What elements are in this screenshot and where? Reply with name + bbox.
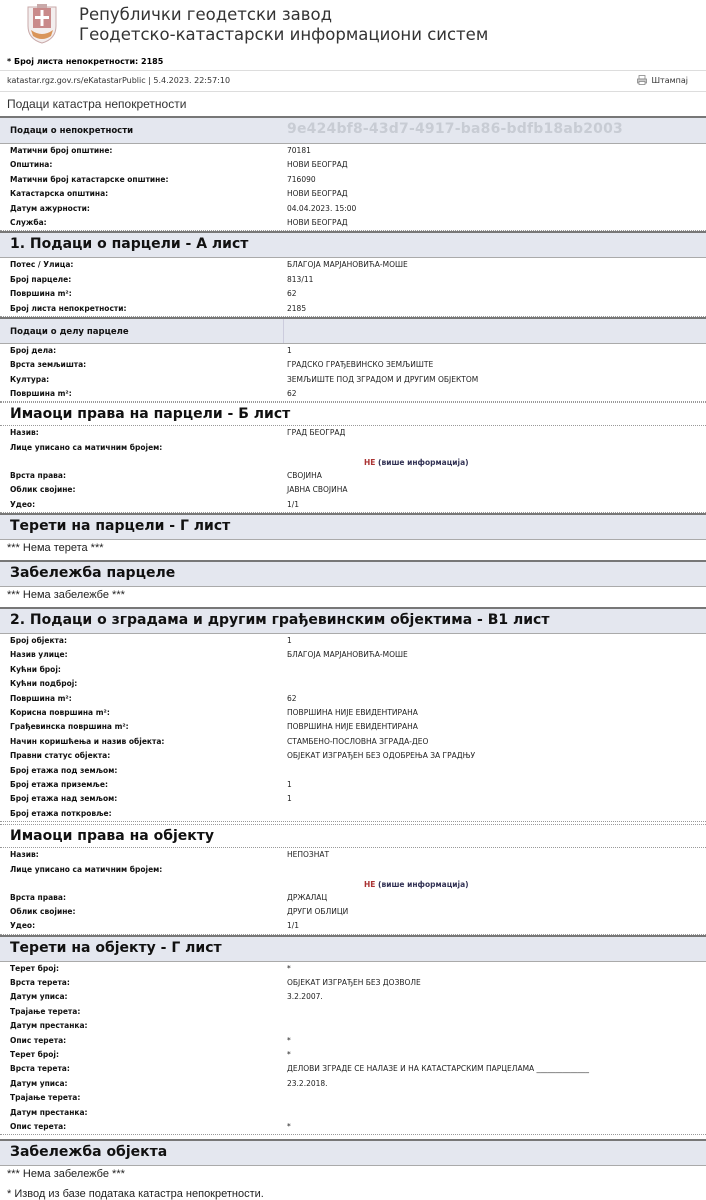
table-row: Терет број:* xyxy=(0,962,706,976)
field-value: 1 xyxy=(287,346,292,355)
table-row: Број етажа приземље:1 xyxy=(0,778,706,792)
section-title: Забележба парцеле xyxy=(10,565,175,581)
field-label: Удео: xyxy=(10,500,35,509)
section-title: 2. Подаци о зградама и другим грађевинск… xyxy=(10,612,549,628)
section-title: Подаци о делу парцеле xyxy=(10,327,129,337)
table-row: Облик својине:ЈАВНА СВОЈИНА xyxy=(0,483,706,497)
print-label: Штампај xyxy=(651,76,688,85)
field-label: Трајање терета: xyxy=(10,1093,80,1102)
field-value: * xyxy=(287,964,291,973)
section-parcel-burdens: Терети на парцели - Г лист xyxy=(0,513,706,540)
field-value: 1 xyxy=(287,636,292,645)
section-parcel: 1. Подаци о парцели - А лист xyxy=(0,231,706,258)
field-label: Врста права: xyxy=(10,471,66,480)
parcel-part-rows: Број дела:1Врста земљишта:ГРАДСКО ГРАЂЕВ… xyxy=(0,344,706,403)
field-label: Број етажа под земљом: xyxy=(10,766,117,775)
section-title: Забележба објекта xyxy=(10,1144,167,1160)
table-row: Матични број општине:70181 xyxy=(0,144,706,158)
field-label: Матични број катастарске општине: xyxy=(10,175,168,184)
empty-message: *** Нема забележбе *** xyxy=(0,587,706,603)
table-row: Општина:НОВИ БЕОГРАД xyxy=(0,158,706,172)
table-row: Опис терета:* xyxy=(0,1120,706,1135)
field-label: Број објекта: xyxy=(10,636,67,645)
field-value: 62 xyxy=(287,389,297,398)
section-title: 1. Подаци о парцели - А лист xyxy=(10,236,248,252)
field-value: 2185 xyxy=(287,304,306,313)
table-row: Кућни број: xyxy=(0,663,706,677)
field-value: 813/11 xyxy=(287,275,313,284)
table-row: Датум уписа:3.2.2007. xyxy=(0,990,706,1004)
table-row: Датум ажурности:04.04.2023. 15:00 xyxy=(0,202,706,216)
field-value: 62 xyxy=(287,289,297,298)
field-label: Матични број општине: xyxy=(10,146,112,155)
table-row: Број листа непокретности:2185 xyxy=(0,302,706,317)
table-row: Служба:НОВИ БЕОГРАД xyxy=(0,216,706,231)
field-label: Број парцеле: xyxy=(10,275,71,284)
field-value: 70181 xyxy=(287,146,311,155)
table-row: Лице уписано са матичним бројем: НЕ (виш… xyxy=(0,863,706,891)
field-label: Број етажа над земљом: xyxy=(10,794,117,803)
table-row: Култура:ЗЕМЉИШТЕ ПОД ЗГРАДОМ И ДРУГИМ ОБ… xyxy=(0,373,706,387)
building-rows: Број објекта:1Назив улице:БЛАГОЈА МАРЈАН… xyxy=(0,634,706,822)
field-value: ОБЈЕКАТ ИЗГРАЂЕН БЕЗ ДОЗВОЛЕ xyxy=(287,978,421,987)
table-row: Врста права:СВОЈИНА xyxy=(0,469,706,483)
field-label: Број етажа приземље: xyxy=(10,780,108,789)
section-title: Терети на парцели - Г лист xyxy=(10,518,230,534)
empty-message: *** Нема забележбе *** xyxy=(0,1166,706,1182)
building-owner-rows: Врста права:ДРЖАЛАЦОблик својине:ДРУГИ О… xyxy=(0,891,706,935)
section-title: Имаоци права на парцели - Б лист xyxy=(10,406,290,422)
field-label: Датум престанка: xyxy=(10,1021,88,1030)
parcel-owner-rows: Врста права:СВОЈИНАОблик својине:ЈАВНА С… xyxy=(0,469,706,513)
table-row: Лице уписано са матичним бројем: НЕ (виш… xyxy=(0,441,706,469)
table-row: Број објекта:1 xyxy=(0,634,706,648)
field-value: 716090 xyxy=(287,175,316,184)
field-label: Датум ажурности: xyxy=(10,204,90,213)
field-label: Терет број: xyxy=(10,1050,59,1059)
table-row: Удео:1/1 xyxy=(0,498,706,513)
sheet-number: * Број листа непокретности: 2185 xyxy=(7,57,163,66)
field-label: Врста земљишта: xyxy=(10,360,86,369)
field-value: ЈАВНА СВОЈИНА xyxy=(287,485,348,494)
field-label: Облик својине: xyxy=(10,485,76,494)
divider xyxy=(0,70,706,71)
field-label: Опис терета: xyxy=(10,1036,66,1045)
table-row: Кућни подброј: xyxy=(0,677,706,691)
field-value: * xyxy=(287,1036,291,1045)
table-row: Број дела:1 xyxy=(0,344,706,358)
table-row: Назив улице:БЛАГОЈА МАРЈАНОВИЋА-МОШЕ xyxy=(0,648,706,662)
cadastre-content: Подаци о непокретности 9e424bf8-43d7-491… xyxy=(0,116,706,1200)
table-row: Врста терета:ДЕЛОВИ ЗГРАДЕ СЕ НАЛАЗЕ И Н… xyxy=(0,1062,706,1076)
section-building-burdens: Терети на објекту - Г лист xyxy=(0,935,706,962)
parcel-rows: Потес / Улица:БЛАГОЈА МАРЈАНОВИЋА-МОШЕБр… xyxy=(0,258,706,317)
table-row: Број етажа над земљом:1 xyxy=(0,792,706,806)
field-value: ДРУГИ ОБЛИЦИ xyxy=(287,907,348,916)
field-label: Површина m²: xyxy=(10,389,72,398)
printer-icon xyxy=(637,75,647,85)
divider xyxy=(0,91,706,92)
field-value: НОВИ БЕОГРАД xyxy=(287,160,348,169)
section-parcel-owners: Имаоци права на парцели - Б лист xyxy=(0,402,706,425)
field-value: 3.2.2007. xyxy=(287,992,323,1001)
field-label: Врста терета: xyxy=(10,978,70,987)
field-label: Кућни број: xyxy=(10,665,61,674)
serbia-coat-of-arms-icon xyxy=(25,4,59,44)
field-value: ОБЈЕКАТ ИЗГРАЂЕН БЕЗ ОДОБРЕЊА ЗА ГРАДЊУ xyxy=(287,751,475,760)
table-row: Терет број:* xyxy=(0,1048,706,1062)
table-row: Правни статус објекта:ОБЈЕКАТ ИЗГРАЂЕН Б… xyxy=(0,749,706,763)
table-row: Врста терета:ОБЈЕКАТ ИЗГРАЂЕН БЕЗ ДОЗВОЛ… xyxy=(0,976,706,990)
table-row: Датум престанка: xyxy=(0,1019,706,1033)
field-value: * xyxy=(287,1122,291,1131)
field-label: Датум уписа: xyxy=(10,992,68,1001)
field-label: Број дела: xyxy=(10,346,56,355)
field-value: ДРЖАЛАЦ xyxy=(287,893,327,902)
field-label: Облик својине: xyxy=(10,907,76,916)
table-row: Површина m²:62 xyxy=(0,387,706,402)
field-value: ГРАДСКО ГРАЂЕВИНСКО ЗЕМЉИШТЕ xyxy=(287,360,433,369)
table-row: Катастарска општина:НОВИ БЕОГРАД xyxy=(0,187,706,201)
building-burden-rows: Терет број:*Врста терета:ОБЈЕКАТ ИЗГРАЂЕ… xyxy=(0,962,706,1136)
field-label: Култура: xyxy=(10,375,49,384)
table-row: Назив: ГРАД БЕОГРАД xyxy=(0,425,706,440)
section-building-notes: Забележба објекта xyxy=(0,1139,706,1166)
table-row: Удео:1/1 xyxy=(0,919,706,934)
table-row: Врста земљишта:ГРАДСКО ГРАЂЕВИНСКО ЗЕМЉИ… xyxy=(0,358,706,372)
more-info-link[interactable]: (више информација) xyxy=(378,458,469,467)
site-subtitle: Геодетско-катастарски информациони систе… xyxy=(79,25,488,44)
table-row: Површина m²:62 xyxy=(0,287,706,301)
section-property: Подаци о непокретности 9e424bf8-43d7-491… xyxy=(0,116,706,144)
field-value: 23.2.2018. xyxy=(287,1079,328,1088)
field-value: 1/1 xyxy=(287,500,299,509)
registered-id-value: НЕ xyxy=(364,458,375,467)
table-row: Датум уписа:23.2.2018. xyxy=(0,1077,706,1091)
table-row: Назив: НЕПОЗНАТ xyxy=(0,847,706,862)
field-label: Кућни подброј: xyxy=(10,679,77,688)
field-label: Број етажа поткровље: xyxy=(10,809,112,818)
table-row: Начин коришћења и назив објекта:СТАМБЕНО… xyxy=(0,735,706,749)
field-label: Површина m²: xyxy=(10,694,72,703)
table-row: Потес / Улица:БЛАГОЈА МАРЈАНОВИЋА-МОШЕ xyxy=(0,258,706,272)
field-label: Општина: xyxy=(10,160,52,169)
field-label: Грађевинска површина m²: xyxy=(10,722,129,731)
field-value: СВОЈИНА xyxy=(287,471,322,480)
field-label: Правни статус објекта: xyxy=(10,751,110,760)
field-label: Катастарска општина: xyxy=(10,189,108,198)
table-row: Корисна површина m²:ПОВРШИНА НИЈЕ ЕВИДЕН… xyxy=(0,706,706,720)
table-row: Трајање терета: xyxy=(0,1091,706,1105)
field-value: СТАМБЕНО-ПОСЛОВНА ЗГРАДА-ДЕО xyxy=(287,737,428,746)
field-value: 1 xyxy=(287,780,292,789)
field-value: НОВИ БЕОГРАД xyxy=(287,218,348,227)
section-parcel-notes: Забележба парцеле xyxy=(0,560,706,587)
field-label: Врста терета: xyxy=(10,1064,70,1073)
section-buildings: 2. Подаци о зградама и другим грађевинск… xyxy=(0,607,706,634)
field-label: Корисна површина m²: xyxy=(10,708,110,717)
section-title: Подаци о непокретности xyxy=(10,126,133,136)
table-row: Врста права:ДРЖАЛАЦ xyxy=(0,891,706,905)
site-title: Републички геодетски завод xyxy=(79,5,332,24)
print-button[interactable]: Штампај xyxy=(637,75,688,85)
section-title: Терети на објекту - Г лист xyxy=(10,940,222,956)
table-row: Опис терета:* xyxy=(0,1034,706,1048)
section-parcel-part: Подаци о делу парцеле xyxy=(0,317,706,344)
field-label: Терет број: xyxy=(10,964,59,973)
field-label: Потес / Улица: xyxy=(10,260,73,269)
field-label: Површина m²: xyxy=(10,289,72,298)
field-value: 1 xyxy=(287,794,292,803)
table-row: Број етажа под земљом: xyxy=(0,764,706,778)
property-rows: Матични број општине:70181Општина:НОВИ Б… xyxy=(0,144,706,231)
table-row: Облик својине:ДРУГИ ОБЛИЦИ xyxy=(0,905,706,919)
field-value: БЛАГОЈА МАРЈАНОВИЋА-МОШЕ xyxy=(287,650,408,659)
field-label: Број листа непокретности: xyxy=(10,304,127,313)
section-title: Имаоци права на објекту xyxy=(10,828,214,844)
table-row: Датум престанка: xyxy=(0,1106,706,1120)
field-value: БЛАГОЈА МАРЈАНОВИЋА-МОШЕ xyxy=(287,260,408,269)
field-label: Трајање терета: xyxy=(10,1007,80,1016)
field-value: НОВИ БЕОГРАД xyxy=(287,189,348,198)
field-label: Удео: xyxy=(10,921,35,930)
page-title: Подаци катастра непокретности xyxy=(7,97,186,111)
field-value: ДЕЛОВИ ЗГРАДЕ СЕ НАЛАЗЕ И НА КАТАСТАРСКИ… xyxy=(287,1064,589,1073)
site-header: Републички геодетски завод Геодетско-кат… xyxy=(0,0,706,56)
field-value: ЗЕМЉИШТЕ ПОД ЗГРАДОМ И ДРУГИМ ОБЈЕКТОМ xyxy=(287,375,478,384)
empty-message: *** Нема терета *** xyxy=(0,540,706,556)
url-timestamp: katastar.rgz.gov.rs/eKatastarPublic | 5.… xyxy=(7,76,230,85)
table-row: Трајање терета: xyxy=(0,1005,706,1019)
table-row: Број етажа поткровље: xyxy=(0,807,706,822)
property-uuid: 9e424bf8-43d7-4917-ba86-bdfb18ab2003 xyxy=(287,121,623,137)
field-label: Опис терета: xyxy=(10,1122,66,1131)
table-row: Матични број катастарске општине:716090 xyxy=(0,173,706,187)
registered-id-value: НЕ xyxy=(364,880,375,889)
table-row: Површина m²:62 xyxy=(0,692,706,706)
field-label: Датум престанка: xyxy=(10,1108,88,1117)
field-label: Датум уписа: xyxy=(10,1079,68,1088)
field-value: ПОВРШИНА НИЈЕ ЕВИДЕНТИРАНА xyxy=(287,708,418,717)
table-row: Број парцеле:813/11 xyxy=(0,273,706,287)
field-label: Врста права: xyxy=(10,893,66,902)
section-building-owners: Имаоци права на објекту xyxy=(0,824,706,847)
field-value: 62 xyxy=(287,694,297,703)
field-value: 04.04.2023. 15:00 xyxy=(287,204,356,213)
footnote: * Извод из базе података катастра непокр… xyxy=(0,1188,706,1200)
field-value: 1/1 xyxy=(287,921,299,930)
field-label: Служба: xyxy=(10,218,47,227)
field-label: Начин коришћења и назив објекта: xyxy=(10,737,164,746)
more-info-link[interactable]: (више информација) xyxy=(378,880,469,889)
table-row: Грађевинска површина m²:ПОВРШИНА НИЈЕ ЕВ… xyxy=(0,720,706,734)
field-value: ПОВРШИНА НИЈЕ ЕВИДЕНТИРАНА xyxy=(287,722,418,731)
field-value: * xyxy=(287,1050,291,1059)
field-label: Назив улице: xyxy=(10,650,68,659)
